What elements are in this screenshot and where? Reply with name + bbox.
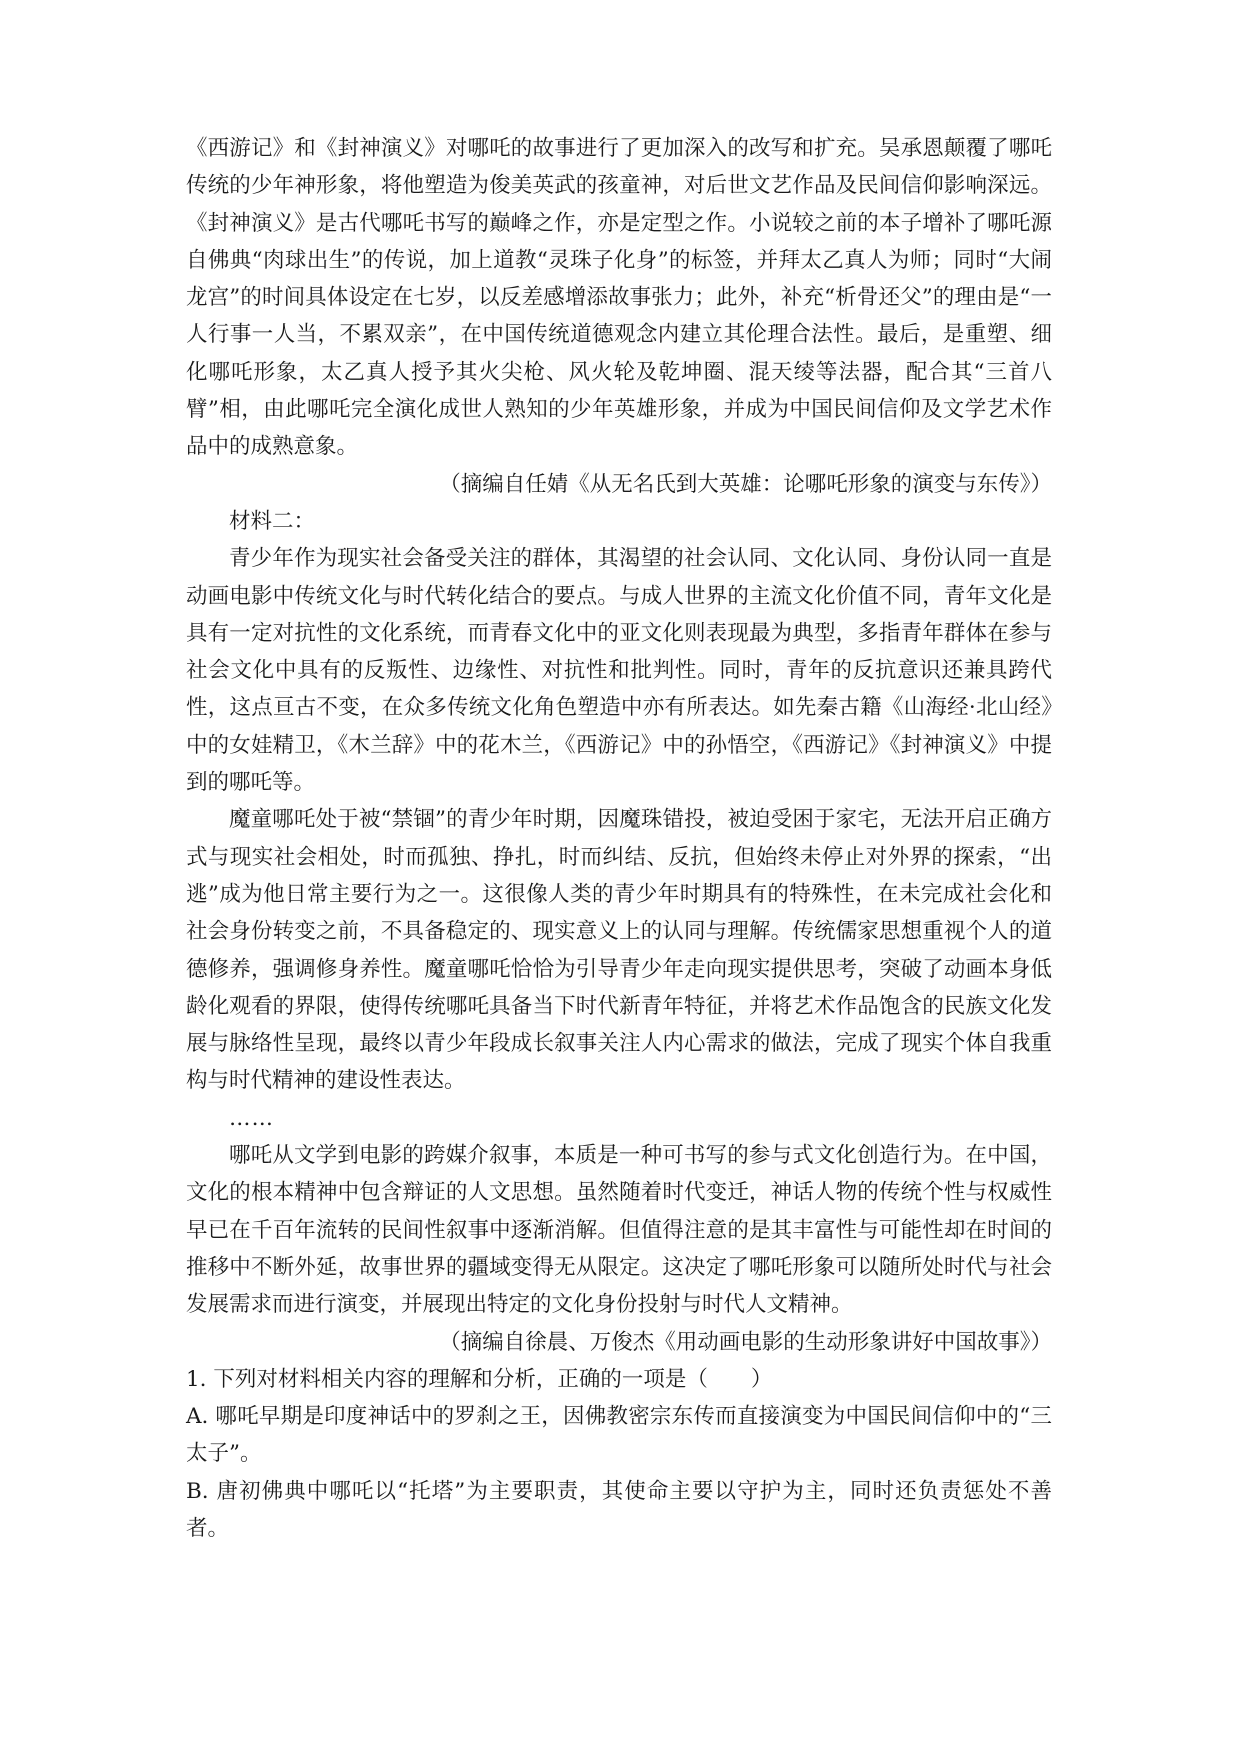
question-1-option-b[interactable]: B. 唐初佛典中哪吒以“托塔”为主要职责，其使命主要以守护为主，同时还负责惩处不… [186, 1473, 1052, 1548]
material-one-source: （摘编自任婧《从无名氏到大英雄：论哪吒形象的演变与东传》） [186, 466, 1052, 503]
material-two-paragraph-2: 魔童哪吒处于被“禁锢”的青少年时期，因魔珠错投，被迫受困于家宅，无法开启正确方式… [186, 801, 1052, 1099]
question-1-stem: 1. 下列对材料相关内容的理解和分析，正确的一项是（ ） [186, 1361, 1052, 1398]
question-1-option-a[interactable]: A. 哪吒早期是印度神话中的罗刹之王，因佛教密宗东传而直接演变为中国民间信仰中的… [186, 1398, 1052, 1473]
material-two-label: 材料二： [186, 503, 1052, 540]
material-two-closing-paragraph: 哪吒从文学到电影的跨媒介叙事，本质是一种可书写的参与式文化创造行为。在中国，文化… [186, 1137, 1052, 1323]
ellipsis: …… [186, 1100, 1052, 1137]
material-two-source: （摘编自徐晨、万俊杰《用动画电影的生动形象讲好中国故事》） [186, 1324, 1052, 1361]
material-two-paragraph-1: 青少年作为现实社会备受关注的群体，其渴望的社会认同、文化认同、身份认同一直是动画… [186, 540, 1052, 801]
material-one-paragraph: 《西游记》和《封神演义》对哪吒的故事进行了更加深入的改写和扩充。吴承恩颠覆了哪吒… [186, 130, 1052, 466]
exam-page: 《西游记》和《封神演义》对哪吒的故事进行了更加深入的改写和扩充。吴承恩颠覆了哪吒… [186, 130, 1052, 1547]
